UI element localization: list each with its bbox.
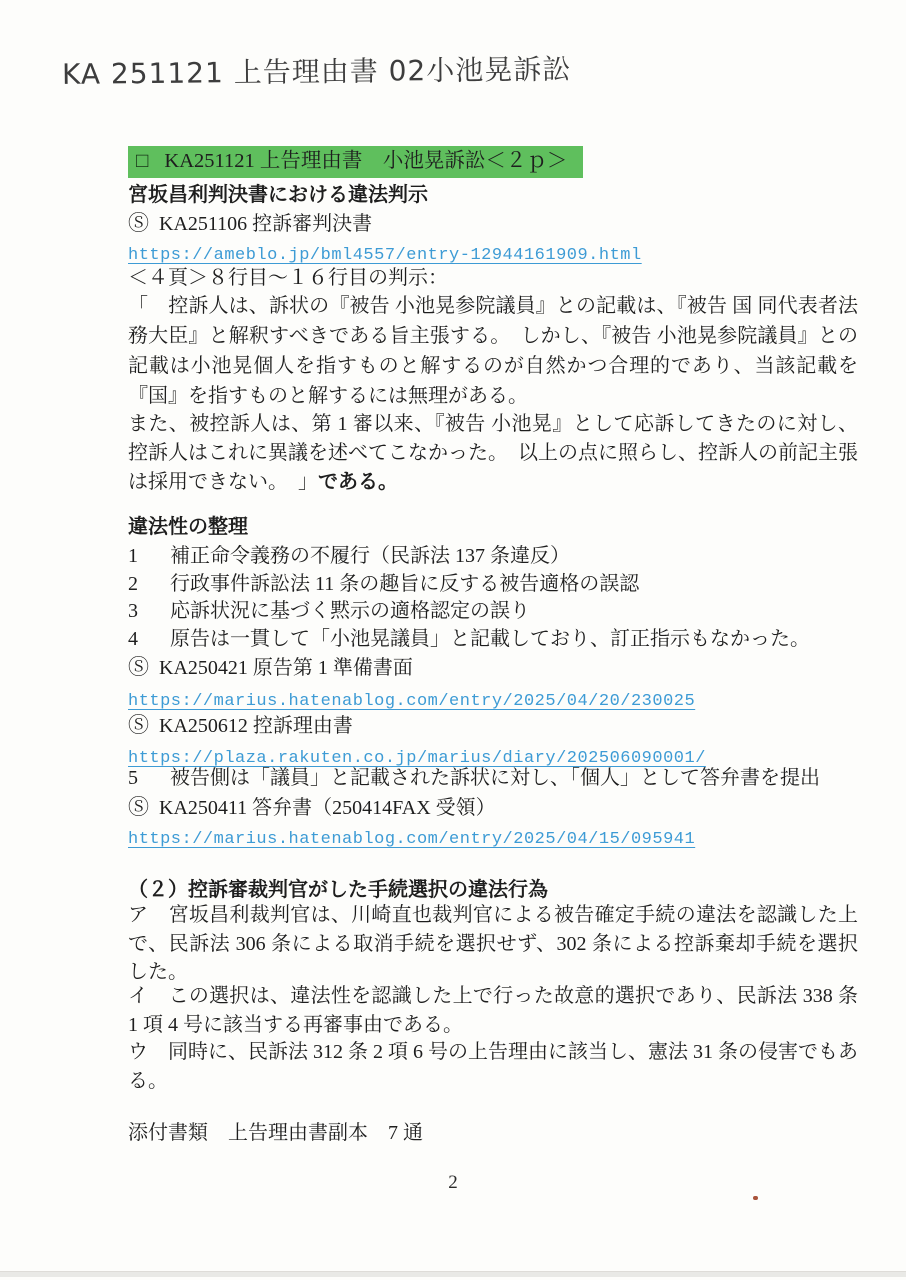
list-item: 2行政事件訴訟法 11 条の趣旨に反する被告適格の誤認 <box>128 571 858 599</box>
paragraph-a: ア 宮坂昌利裁判官は、川崎直也裁判官による被告確定手続の違法を認識した上で、民訴… <box>128 901 858 987</box>
link-row: https://marius.hatenablog.com/entry/2025… <box>128 822 858 855</box>
list-item: 4原告は一貫して「小池晃議員」と記載しており、訂正指示もなかった。 <box>128 626 858 654</box>
list-item: 3応訴状況に基づく黙示の適格認定の誤り <box>128 598 858 626</box>
issue-text: 被告側は「議員」と記載された訴状に対し、「個人」として答弁書を提出 <box>170 767 820 789</box>
paragraph-i: イ この選択は、違法性を認識した上で行った故意的選択であり、民訴法 338 条 … <box>128 982 858 1039</box>
reference-appeal-reasons-label: KA250612 控訴理由書 <box>159 715 353 737</box>
reference-appeal-reasons: ⓈKA250612 控訴理由書 <box>128 710 858 741</box>
reference-judgment: ⓈKA251106 控訴審判決書 <box>128 208 858 239</box>
circled-s-icon: Ⓢ <box>128 211 149 235</box>
issue-text: 補正命令義務の不履行（民訴法 137 条違反） <box>170 545 570 567</box>
doc-header-title: KA251121 上告理由書 小池晃訴訟＜２ｐ＞ <box>164 150 567 172</box>
heading-issues: 違法性の整理 <box>128 512 858 542</box>
issue-text: 行政事件訴訟法 11 条の趣旨に反する被告適格の誤認 <box>170 573 639 595</box>
issue-text: 原告は一貫して「小池晃議員」と記載しており、訂正指示もなかった。 <box>170 628 810 650</box>
scan-bottom-edge <box>0 1271 906 1277</box>
attachments-line: 添付書類 上告理由書副本 7 通 <box>128 1118 858 1148</box>
issue-text: 応訴状況に基づく黙示の適格認定の誤り <box>170 600 530 622</box>
highlighted-doc-header: □KA251121 上告理由書 小池晃訴訟＜２ｐ＞ <box>128 146 583 178</box>
reference-answer: ⓈKA250411 答弁書（250414FAX 受領） <box>128 792 858 823</box>
quote-paragraph-2-emphasis: である。 <box>318 471 398 493</box>
heading-illegal-ruling: 宮坂昌利判決書における違法判示 <box>128 180 858 210</box>
reference-prep-doc-label: KA250421 原告第 1 準備書面 <box>159 657 413 679</box>
reference-prep-doc: ⓈKA250421 原告第 1 準備書面 <box>128 652 858 683</box>
issue-number: 1 <box>128 543 170 571</box>
reference-answer-label: KA250411 答弁書（250414FAX 受領） <box>159 797 496 819</box>
issue-number: 3 <box>128 598 170 626</box>
circled-s-icon: Ⓢ <box>128 713 149 737</box>
quote-paragraph-1: 「 控訴人は、訴状の『被告 小池晃参院議員』との記載は、『被告 国 同代表者法務… <box>128 291 858 411</box>
issue-number: 5 <box>128 765 170 793</box>
link-prep-doc[interactable]: https://marius.hatenablog.com/entry/2025… <box>128 692 695 711</box>
scan-artifact-dot <box>753 1196 758 1200</box>
list-item: 5被告側は「議員」と記載された訴状に対し、「個人」として答弁書を提出 <box>128 765 858 793</box>
issue-number: 4 <box>128 626 170 654</box>
paragraph-u: ウ 同時に、民訴法 312 条 2 項 6 号の上告理由に該当し、憲法 31 条… <box>128 1038 858 1095</box>
link-answer[interactable]: https://marius.hatenablog.com/entry/2025… <box>128 830 695 849</box>
quote-paragraph-2: また、被控訴人は、第 1 審以来、『被告 小池晃』として応訴してきたのに対し、控… <box>128 410 858 497</box>
quote-paragraph-2-text: また、被控訴人は、第 1 審以来、『被告 小池晃』として応訴してきたのに対し、控… <box>128 413 858 493</box>
issue-number: 2 <box>128 571 170 599</box>
handwritten-title: KA 251121 上告理由書 02小池晃訴訟 <box>62 47 622 93</box>
quote-intro: ＜４頁＞８行目～１６行目の判示： <box>128 263 858 293</box>
reference-judgment-label: KA251106 控訴審判決書 <box>159 213 372 235</box>
issues-list: 1補正命令義務の不履行（民訴法 137 条違反） 2行政事件訴訟法 11 条の趣… <box>128 543 858 653</box>
checkbox-icon: □ <box>136 150 148 172</box>
list-item: 1補正命令義務の不履行（民訴法 137 条違反） <box>128 543 858 571</box>
circled-s-icon: Ⓢ <box>128 795 149 819</box>
circled-s-icon: Ⓢ <box>128 655 149 679</box>
page-number: 2 <box>0 1172 906 1194</box>
